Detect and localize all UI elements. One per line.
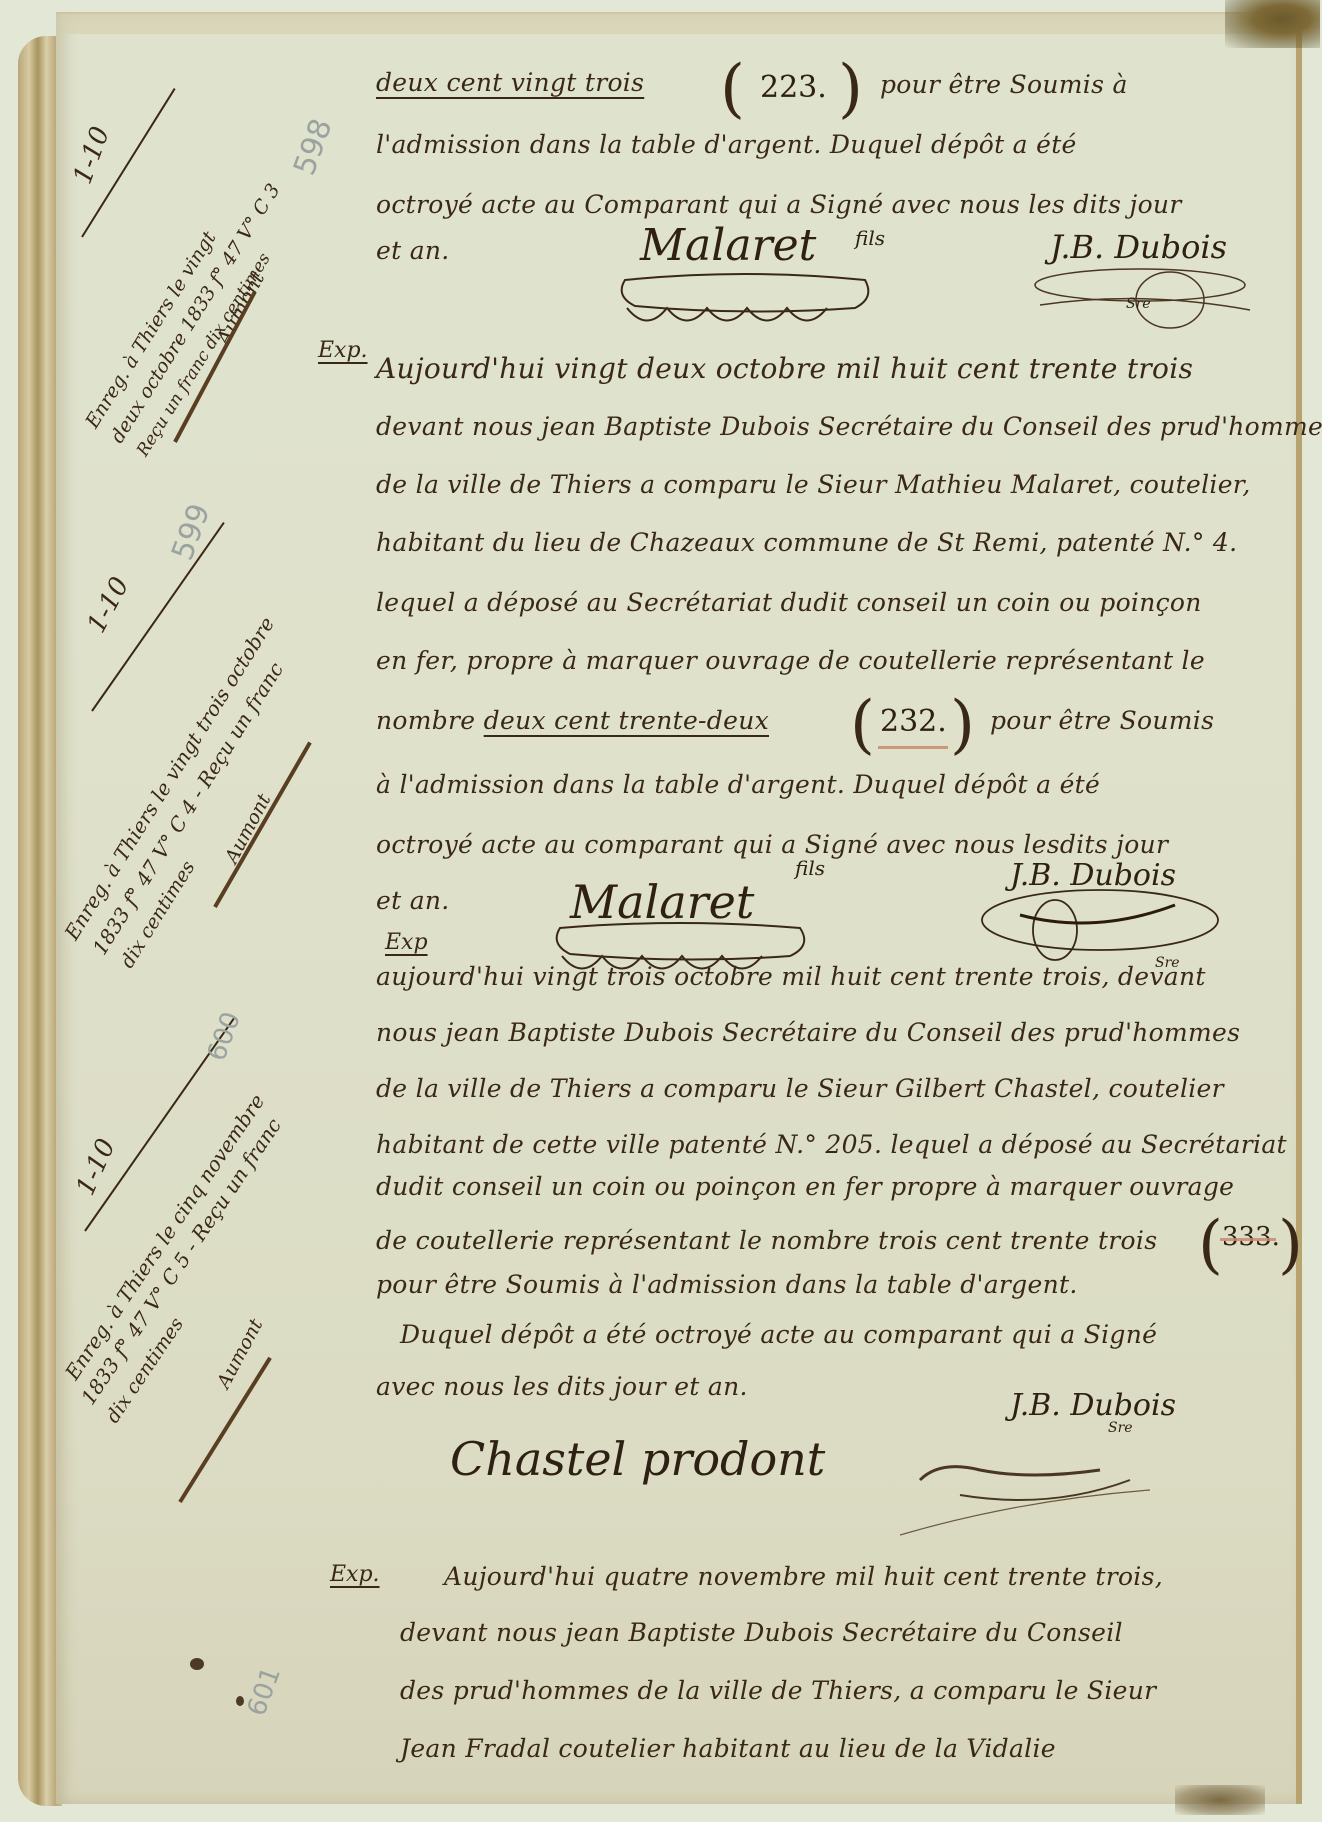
act-line: dudit conseil un coin ou poinçon en fer …: [376, 1172, 1234, 1201]
act-line: Duquel dépôt a été octroyé acte au compa…: [400, 1320, 1157, 1349]
number-in-words: deux cent trente-deux: [484, 706, 769, 735]
signature-flourish: [900, 1440, 1160, 1550]
act-line: de la ville de Thiers a comparu le Sieur…: [376, 470, 1251, 499]
act-line: pour être Soumis à l'admission dans la t…: [376, 1270, 1078, 1299]
red-pencil-underline: [878, 746, 948, 749]
signature-suffix: Sre: [1126, 296, 1151, 312]
act-line: Aujourd'hui quatre novembre mil huit cen…: [444, 1562, 1163, 1591]
act-line: Aujourd'hui vingt deux octobre mil huit …: [376, 352, 1193, 385]
signature-malaret: Malaret: [640, 220, 816, 271]
open-paren: (: [850, 688, 875, 762]
act-line: habitant du lieu de Chazeaux commune de …: [376, 528, 1237, 557]
expedition-label: Exp: [385, 930, 428, 955]
act-line: habitant de cette ville patenté N.° 205.…: [376, 1130, 1287, 1159]
act-line: des prud'hommes de la ville de Thiers, a…: [400, 1676, 1156, 1705]
signature-suffix: fils: [795, 856, 825, 880]
signature-chastel-prodont: Chastel prodont: [450, 1432, 825, 1486]
act-line: l'admission dans la table d'argent. Duqu…: [376, 130, 1077, 159]
open-paren: (: [720, 52, 745, 126]
close-paren: ): [950, 688, 975, 762]
act-line: en fer, propre à marquer ouvrage de cout…: [376, 646, 1205, 675]
act-line: et an.: [376, 236, 450, 265]
number-in-words: deux cent vingt trois: [376, 68, 644, 97]
signature-suffix: Sre: [1108, 1420, 1133, 1436]
act-line: Jean Fradal coutelier habitant au lieu d…: [400, 1734, 1056, 1763]
signature-suffix: fils: [855, 226, 885, 250]
torn-bottom-fibers: [1175, 1785, 1265, 1815]
act-line: aujourd'hui vingt trois octobre mil huit…: [376, 962, 1206, 991]
act-line: deux cent vingt trois: [376, 68, 644, 97]
red-pencil-underline: [1220, 1238, 1276, 1241]
act-line: lequel a déposé au Secrétariat dudit con…: [376, 588, 1202, 617]
act-line: pour être Soumis: [990, 706, 1214, 735]
expedition-label: Exp.: [330, 1562, 380, 1587]
act-line: octroyé acte au comparant qui a Signé av…: [376, 830, 1168, 859]
ink-blot: [190, 1658, 204, 1670]
act-line: devant nous jean Baptiste Dubois Secréta…: [376, 412, 1322, 441]
act-line: nous jean Baptiste Dubois Secrétaire du …: [376, 1018, 1240, 1047]
act-line: et an.: [376, 886, 450, 915]
mark-number: 223.: [760, 70, 827, 105]
act-line: octroyé acte au Comparant qui a Signé av…: [376, 190, 1182, 219]
expedition-label: Exp.: [318, 338, 368, 363]
open-paren: (: [1198, 1208, 1223, 1282]
mark-number: 232.: [880, 704, 947, 739]
signature-flourish: [615, 268, 885, 338]
act-line: à l'admission dans la table d'argent. Du…: [376, 770, 1100, 799]
close-paren: ): [838, 52, 863, 126]
act-line: devant nous jean Baptiste Dubois Secréta…: [400, 1618, 1123, 1647]
act-line: avec nous les dits jour et an.: [376, 1372, 748, 1401]
signature-dubois: J.B. Dubois: [1010, 1388, 1176, 1423]
page-top-edge: [60, 14, 1296, 34]
torn-corner-fibers: [1225, 0, 1320, 48]
act-line: de la ville de Thiers a comparu le Sieur…: [376, 1074, 1224, 1103]
close-paren: ): [1278, 1208, 1303, 1282]
mark-number: 333.: [1222, 1222, 1280, 1252]
act-line: nombre deux cent trente-deux: [376, 706, 769, 735]
ink-blot: [236, 1696, 244, 1706]
act-text: nombre: [376, 706, 475, 735]
act-line: de coutellerie représentant le nombre tr…: [376, 1226, 1157, 1255]
act-line: pour être Soumis à: [880, 70, 1128, 99]
